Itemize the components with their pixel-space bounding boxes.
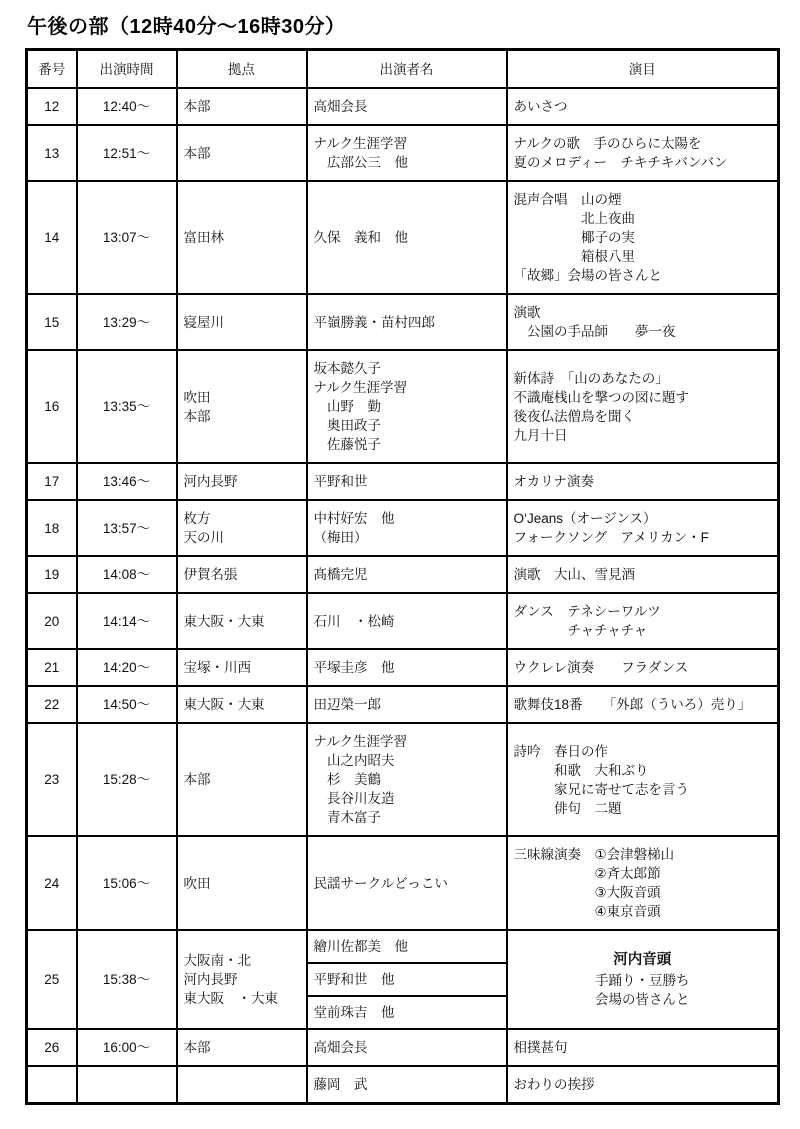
cell-base: 枚方 天の川 xyxy=(177,500,307,556)
program-title: 河内音頭 xyxy=(514,950,772,971)
page-title: 午後の部（12時40分～16時30分） xyxy=(27,10,777,39)
cell-time: 14:08～ xyxy=(77,556,177,593)
cell-time: 13:46～ xyxy=(77,463,177,500)
cell-program: 新体詩 「山のあなたの」 不識庵桟山を撃つの図に題す 後夜仏法僧鳥を聞く 九月十… xyxy=(507,350,779,463)
cell-performers: 民謡サークルどっこい xyxy=(307,836,507,930)
cell-time: 13:57～ xyxy=(77,500,177,556)
cell-time: 14:50～ xyxy=(77,686,177,723)
cell-number: 19 xyxy=(27,556,77,593)
cell-base: 東大阪・大東 xyxy=(177,593,307,649)
program-table-body: 1212:40～本部高畑会長あいさつ1312:51～本部ナルク生涯学習 広部公三… xyxy=(27,88,779,1104)
cell-number: 16 xyxy=(27,350,77,463)
cell-time: 15:06～ xyxy=(77,836,177,930)
cell-performers: 藤岡 武 xyxy=(307,1066,507,1104)
table-row: 2515:38～大阪南・北 河内長野 東大阪 ・大東繪川佐都美 他平野和世 他堂… xyxy=(27,930,779,1029)
cell-program: 相撲甚句 xyxy=(507,1029,779,1066)
table-row: 藤岡 武おわりの挨拶 xyxy=(27,1066,779,1104)
cell-program: O‘Jeans（オージンス） フォークソング アメリカン・F xyxy=(507,500,779,556)
cell-time: 13:29～ xyxy=(77,294,177,350)
table-row: 1513:29～寝屋川平嶺勝義・苗村四郎演歌 公園の手品師 夢一夜 xyxy=(27,294,779,350)
cell-time: 12:51～ xyxy=(77,125,177,181)
table-row: 2214:50～東大阪・大東田辺榮一郎歌舞伎18番 「外郎（ういろ）売り」 xyxy=(27,686,779,723)
cell-performers: 高畑会長 xyxy=(307,88,507,125)
cell-time: 14:20～ xyxy=(77,649,177,686)
cell-performers: 中村好宏 他 （梅田） xyxy=(307,500,507,556)
cell-number: 20 xyxy=(27,593,77,649)
header-base: 拠点 xyxy=(177,50,307,89)
performer-subcell: 繪川佐都美 他 xyxy=(308,931,506,964)
cell-program: 三味線演奏 ①会津磐梯山 ②斉太郎節 ③大阪音頭 ④東京音頭 xyxy=(507,836,779,930)
cell-number: 23 xyxy=(27,723,77,836)
cell-base: 吹田 xyxy=(177,836,307,930)
cell-base: 河内長野 xyxy=(177,463,307,500)
cell-base: 富田林 xyxy=(177,181,307,294)
cell-time xyxy=(77,1066,177,1104)
table-row: 2315:28～本部ナルク生涯学習 山之内昭夫 杉 美鶴 長谷川友造 青木富子詩… xyxy=(27,723,779,836)
cell-number xyxy=(27,1066,77,1104)
cell-number: 22 xyxy=(27,686,77,723)
table-row: 2616:00～本部高畑会長相撲甚句 xyxy=(27,1029,779,1066)
cell-number: 24 xyxy=(27,836,77,930)
cell-performers: ナルク生涯学習 山之内昭夫 杉 美鶴 長谷川友造 青木富子 xyxy=(307,723,507,836)
cell-performers: 平野和世 xyxy=(307,463,507,500)
cell-base: 東大阪・大東 xyxy=(177,686,307,723)
cell-number: 14 xyxy=(27,181,77,294)
cell-performers: 平嶺勝義・苗村四郎 xyxy=(307,294,507,350)
cell-time: 14:14～ xyxy=(77,593,177,649)
header-performer: 出演者名 xyxy=(307,50,507,89)
cell-program: ウクレレ演奏 フラダンス xyxy=(507,649,779,686)
cell-time: 16:00～ xyxy=(77,1029,177,1066)
header-time: 出演時間 xyxy=(77,50,177,89)
program-table: 番号 出演時間 拠点 出演者名 演目 1212:40～本部高畑会長あいさつ131… xyxy=(25,48,780,1105)
program-lines: 手踊り・豆勝ち 会場の皆さんと xyxy=(514,971,772,1009)
cell-base: 本部 xyxy=(177,88,307,125)
cell-performers: 髙橋完児 xyxy=(307,556,507,593)
cell-time: 15:38～ xyxy=(77,930,177,1029)
cell-performers: 繪川佐都美 他平野和世 他堂前珠吉 他 xyxy=(307,930,507,1029)
cell-number: 25 xyxy=(27,930,77,1029)
document-page: 午後の部（12時40分～16時30分） 番号 出演時間 拠点 出演者名 演目 1… xyxy=(0,0,800,1129)
cell-program: 演歌 大山、雪見酒 xyxy=(507,556,779,593)
cell-number: 26 xyxy=(27,1029,77,1066)
cell-base xyxy=(177,1066,307,1104)
cell-performers: ナルク生涯学習 広部公三 他 xyxy=(307,125,507,181)
cell-number: 17 xyxy=(27,463,77,500)
cell-program: 歌舞伎18番 「外郎（ういろ）売り」 xyxy=(507,686,779,723)
table-row: 1914:08～伊賀名張髙橋完児演歌 大山、雪見酒 xyxy=(27,556,779,593)
table-row: 2114:20～宝塚・川西平塚圭彦 他ウクレレ演奏 フラダンス xyxy=(27,649,779,686)
cell-base: 本部 xyxy=(177,1029,307,1066)
cell-base: 本部 xyxy=(177,723,307,836)
cell-number: 15 xyxy=(27,294,77,350)
performer-subcell: 平野和世 他 xyxy=(308,964,506,997)
cell-time: 12:40～ xyxy=(77,88,177,125)
cell-number: 12 xyxy=(27,88,77,125)
cell-number: 13 xyxy=(27,125,77,181)
cell-base: 大阪南・北 河内長野 東大阪 ・大東 xyxy=(177,930,307,1029)
table-row: 1312:51～本部ナルク生涯学習 広部公三 他ナルクの歌 手のひらに太陽を 夏… xyxy=(27,125,779,181)
cell-time: 13:35～ xyxy=(77,350,177,463)
cell-performers: 坂本懿久子 ナルク生涯学習 山野 勤 奥田政子 佐藤悦子 xyxy=(307,350,507,463)
cell-time: 13:07～ xyxy=(77,181,177,294)
cell-program: 河内音頭手踊り・豆勝ち 会場の皆さんと xyxy=(507,930,779,1029)
cell-program: オカリナ演奏 xyxy=(507,463,779,500)
cell-program: 詩吟 春日の作 和歌 大和ぶり 家兄に寄せて志を言う 俳句 二題 xyxy=(507,723,779,836)
performer-subcell: 堂前珠吉 他 xyxy=(308,997,506,1028)
table-row: 1613:35～吹田 本部坂本懿久子 ナルク生涯学習 山野 勤 奥田政子 佐藤悦… xyxy=(27,350,779,463)
cell-program: 演歌 公園の手品師 夢一夜 xyxy=(507,294,779,350)
cell-performers: 久保 義和 他 xyxy=(307,181,507,294)
cell-base: 宝塚・川西 xyxy=(177,649,307,686)
table-row: 2014:14～東大阪・大東石川 ・松崎ダンス テネシーワルツ チャチャチャ xyxy=(27,593,779,649)
table-row: 1212:40～本部高畑会長あいさつ xyxy=(27,88,779,125)
cell-base: 本部 xyxy=(177,125,307,181)
table-row: 1413:07～富田林久保 義和 他混声合唱 山の煙 北上夜曲 椰子の実 箱根八… xyxy=(27,181,779,294)
table-row: 2415:06～吹田民謡サークルどっこい三味線演奏 ①会津磐梯山 ②斉太郎節 ③… xyxy=(27,836,779,930)
header-number: 番号 xyxy=(27,50,77,89)
cell-program: あいさつ xyxy=(507,88,779,125)
cell-program: ナルクの歌 手のひらに太陽を 夏のメロディー チキチキバンバン xyxy=(507,125,779,181)
cell-performers: 石川 ・松崎 xyxy=(307,593,507,649)
cell-performers: 高畑会長 xyxy=(307,1029,507,1066)
cell-base: 寝屋川 xyxy=(177,294,307,350)
header-program: 演目 xyxy=(507,50,779,89)
cell-number: 21 xyxy=(27,649,77,686)
cell-base: 吹田 本部 xyxy=(177,350,307,463)
cell-program: おわりの挨拶 xyxy=(507,1066,779,1104)
cell-number: 18 xyxy=(27,500,77,556)
table-header-row: 番号 出演時間 拠点 出演者名 演目 xyxy=(27,50,779,89)
table-row: 1713:46～河内長野平野和世オカリナ演奏 xyxy=(27,463,779,500)
cell-time: 15:28～ xyxy=(77,723,177,836)
cell-performers: 平塚圭彦 他 xyxy=(307,649,507,686)
cell-base: 伊賀名張 xyxy=(177,556,307,593)
cell-program: ダンス テネシーワルツ チャチャチャ xyxy=(507,593,779,649)
cell-performers: 田辺榮一郎 xyxy=(307,686,507,723)
cell-program: 混声合唱 山の煙 北上夜曲 椰子の実 箱根八里 「故郷」会場の皆さんと xyxy=(507,181,779,294)
table-row: 1813:57～枚方 天の川中村好宏 他 （梅田）O‘Jeans（オージンス） … xyxy=(27,500,779,556)
